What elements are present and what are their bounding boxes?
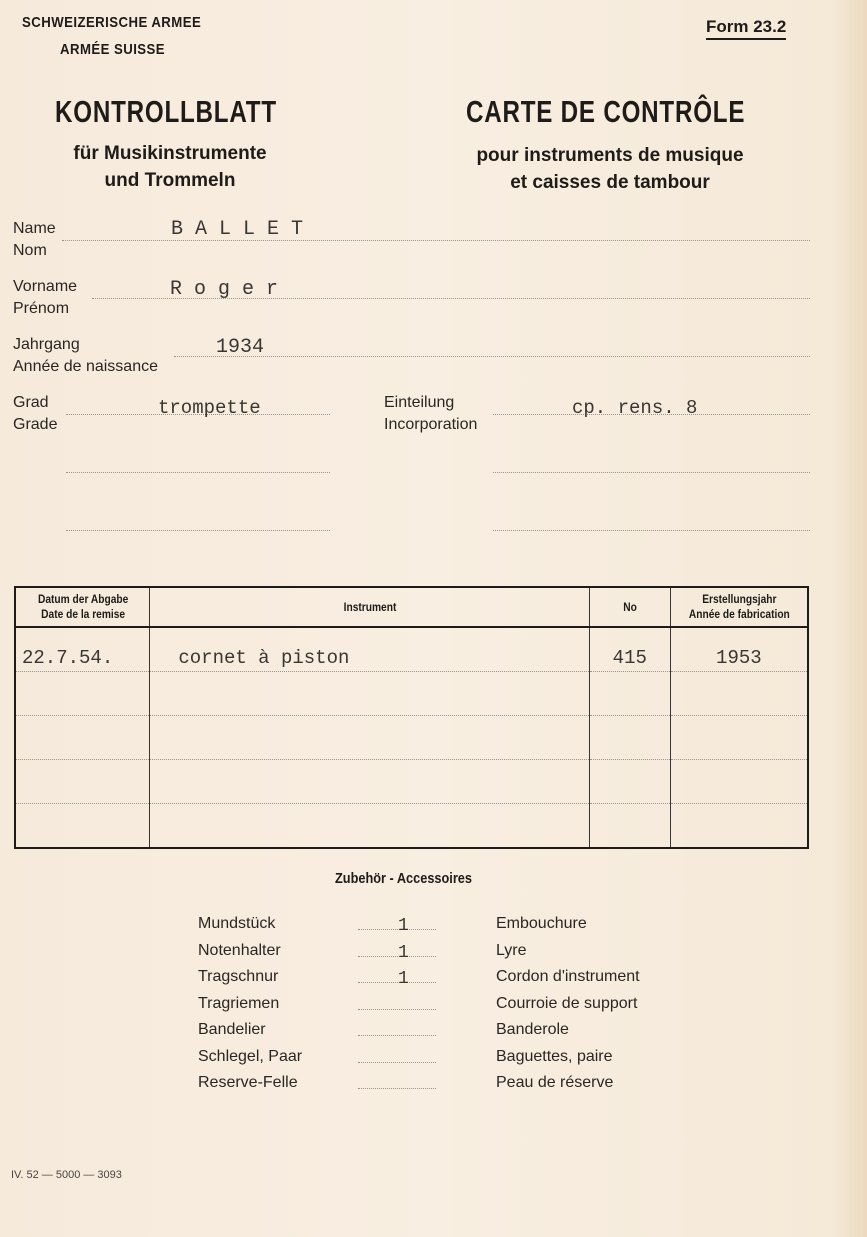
grad-label: Grad Grade [13,392,57,436]
cell-number[interactable]: 415 [589,627,670,672]
jahrgang-field-line [174,356,810,357]
cell-instrument[interactable]: cornet à piston [150,627,590,672]
print-code: IV. 52 — 5000 — 3093 [11,1169,122,1181]
accessory-item: Mundstück 1 Embouchure [198,911,678,938]
einteilung-field[interactable]: cp. rens. 8 [572,397,697,419]
blank-line-right-2[interactable] [493,530,810,531]
subtitle-fr-line-2: et caisses de tambour [440,169,780,196]
header-instrument: Instrument [150,587,590,627]
table-header-row: Datum der AbgabeDate de la remise Instru… [15,587,808,627]
accessory-quantity[interactable]: 1 [398,966,409,993]
subtitle-de-line-2: und Trommeln [40,167,300,194]
organization-de: SCHWEIZERISCHE ARMEE [22,14,201,31]
grad-label-de: Grad [13,392,57,414]
cell-date[interactable] [15,804,150,849]
table-row: 22.7.54. cornet à piston 415 1953 [15,627,808,672]
blank-line-right-1[interactable] [493,472,810,473]
cell-year[interactable] [670,804,808,849]
jahrgang-label-fr: Année de naissance [13,356,158,378]
vorname-label: Vorname Prénom [13,276,77,320]
cell-date[interactable] [15,716,150,760]
subtitle-fr: pour instruments de musique et caisses d… [440,142,780,196]
organization-fr: ARMÉE SUISSE [60,41,165,58]
title-de: KONTROLLBLATT [55,94,277,130]
cell-year[interactable]: 1953 [670,627,808,672]
cell-number[interactable] [589,716,670,760]
cell-instrument[interactable] [150,716,590,760]
vorname-label-fr: Prénom [13,298,77,320]
cell-date[interactable]: 22.7.54. [15,627,150,672]
header-year: ErstellungsjahrAnnée de fabrication [670,587,808,627]
grad-field[interactable]: trompette [158,397,261,419]
accessories-title: Zubehör - Accessoires [335,870,472,887]
table-row [15,716,808,760]
table-row [15,672,808,716]
cell-instrument[interactable] [150,760,590,804]
accessory-item: Notenhalter 1 Lyre [198,938,678,965]
subtitle-fr-line-1: pour instruments de musique [440,142,780,169]
jahrgang-label-de: Jahrgang [13,334,158,356]
name-label-fr: Nom [13,240,56,262]
blank-line-left-2[interactable] [66,530,330,531]
cell-instrument[interactable] [150,672,590,716]
cell-date[interactable] [15,760,150,804]
jahrgang-label: Jahrgang Année de naissance [13,334,158,378]
header-date: Datum der AbgabeDate de la remise [15,587,150,627]
subtitle-de: für Musikinstrumente und Trommeln [40,140,300,194]
name-field[interactable]: B A L L E T [171,218,303,241]
cell-number[interactable] [589,760,670,804]
control-card-document: SCHWEIZERISCHE ARMEE ARMÉE SUISSE Form 2… [0,0,867,1237]
einteilung-label-de: Einteilung [384,392,477,414]
einteilung-label-fr: Incorporation [384,414,477,436]
cell-year[interactable] [670,760,808,804]
cell-year[interactable] [670,716,808,760]
table-row [15,760,808,804]
einteilung-label: Einteilung Incorporation [384,392,477,436]
accessory-item: Tragriemen Courroie de support [198,991,678,1018]
instrument-table: Datum der AbgabeDate de la remise Instru… [14,586,809,849]
table-row [15,804,808,849]
cell-date[interactable] [15,672,150,716]
vorname-label-de: Vorname [13,276,77,298]
vorname-field[interactable]: R o g e r [170,278,278,301]
accessory-item: Tragschnur 1 Cordon d'instrument [198,964,678,991]
subtitle-de-line-1: für Musikinstrumente [40,140,300,167]
blank-line-left-1[interactable] [66,472,330,473]
name-label: Name Nom [13,218,56,262]
cell-instrument[interactable] [150,804,590,849]
accessory-item: Schlegel, Paar Baguettes, paire [198,1044,678,1071]
accessory-item: Reserve-Felle Peau de réserve [198,1070,678,1097]
form-number: Form 23.2 [706,17,786,40]
accessory-item: Bandelier Banderole [198,1017,678,1044]
header-number: No [589,587,670,627]
jahrgang-field[interactable]: 1934 [216,336,264,359]
accessory-quantity[interactable]: 1 [398,940,409,967]
cell-year[interactable] [670,672,808,716]
cell-number[interactable] [589,804,670,849]
accessory-quantity[interactable]: 1 [398,913,409,940]
title-fr: CARTE DE CONTRÔLE [466,94,745,130]
grad-label-fr: Grade [13,414,57,436]
name-label-de: Name [13,218,56,240]
cell-number[interactable] [589,672,670,716]
